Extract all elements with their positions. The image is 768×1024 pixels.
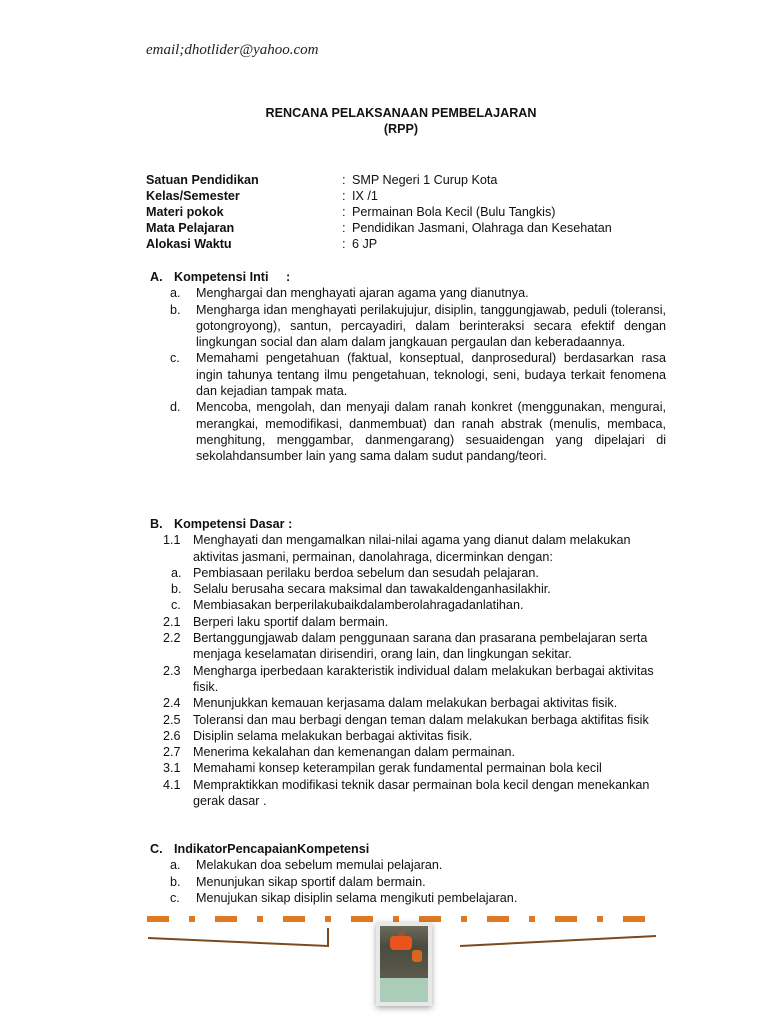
item-text: Mempraktikkan modifikasi teknik dasar pe… (193, 777, 678, 810)
meta-label: Mata Pelajaran (146, 220, 342, 236)
section-title: Kompetensi Inti : (174, 269, 290, 285)
item-marker: b. (170, 302, 196, 351)
list-item: 2.4 Menunjukkan kemauan kerjasama dalam … (163, 695, 678, 711)
item-text: Toleransi dan mau berbagi dengan teman d… (193, 712, 678, 728)
document-title: RENCANA PELAKSANAAN PEMBELAJARAN (0, 106, 768, 120)
item-marker: 2.4 (163, 695, 193, 711)
list-item: 2.2 Bertanggungjawab dalam penggunaan sa… (163, 630, 678, 663)
meta-row: Alokasi Waktu : 6 JP (146, 236, 612, 252)
item-text: Memahami pengetahuan (faktual, konseptua… (196, 350, 666, 399)
meta-row: Mata Pelajaran : Pendidikan Jasmani, Ola… (146, 220, 612, 236)
list-item: 2.3 Mengharga iperbedaan karakteristik i… (163, 663, 678, 696)
list-item: 2.5 Toleransi dan mau berbagi dengan tem… (163, 712, 678, 728)
section-title: IndikatorPencapaianKompetensi (174, 841, 369, 857)
item-text: Mencoba, mengolah, dan menyaji dalam ran… (196, 399, 666, 464)
list-item: b. Mengharga idan menghayati perilakujuj… (170, 302, 666, 351)
section-items: a. Melakukan doa sebelum memulai pelajar… (170, 857, 666, 906)
item-text: Mengharga iperbedaan karakteristik indiv… (193, 663, 678, 696)
list-item: 2.7 Menerima kekalahan dan kemenangan da… (163, 744, 678, 760)
meta-separator: : (342, 172, 352, 188)
section-kompetensi-dasar: B. Kompetensi Dasar : 1.1 Menghayati dan… (150, 516, 678, 809)
email-header: email;dhotlider@yahoo.com (146, 42, 319, 59)
section-title: Kompetensi Dasar : (174, 516, 292, 532)
item-marker: 2.5 (163, 712, 193, 728)
meta-separator: : (342, 204, 352, 220)
item-text: Menunjukkan kemauan kerjasama dalam mela… (193, 695, 678, 711)
meta-separator: : (342, 236, 352, 252)
item-marker: 2.7 (163, 744, 193, 760)
meta-value: 6 JP (352, 236, 377, 252)
item-marker: a. (163, 565, 193, 581)
item-marker: a. (170, 285, 196, 301)
photo-court (380, 978, 428, 1002)
section-heading: A. Kompetensi Inti : (150, 269, 666, 285)
meta-value: SMP Negeri 1 Curup Kota (352, 172, 497, 188)
item-text: Disiplin selama melakukan berbagai aktiv… (193, 728, 678, 744)
meta-label: Kelas/Semester (146, 188, 342, 204)
meta-label: Alokasi Waktu (146, 236, 342, 252)
section-items: a. Menghargai dan menghayati ajaran agam… (170, 285, 666, 464)
meta-row: Materi pokok : Permainan Bola Kecil (Bul… (146, 204, 612, 220)
item-marker: 1.1 (163, 532, 193, 565)
list-item: a. Melakukan doa sebelum memulai pelajar… (170, 857, 666, 873)
meta-row: Kelas/Semester : IX /1 (146, 188, 612, 204)
list-item: 1.1 Menghayati dan mengamalkan nilai-nil… (163, 532, 678, 565)
item-marker: 2.3 (163, 663, 193, 696)
item-marker: d. (170, 399, 196, 464)
meta-row: Satuan Pendidikan : SMP Negeri 1 Curup K… (146, 172, 612, 188)
list-item: c. Memahami pengetahuan (faktual, konsep… (170, 350, 666, 399)
list-item: d. Mencoba, mengolah, dan menyaji dalam … (170, 399, 666, 464)
item-marker: 2.1 (163, 614, 193, 630)
item-text: Selalu berusaha secara maksimal dan tawa… (193, 581, 678, 597)
list-item: a. Pembiasaan perilaku berdoa sebelum da… (163, 565, 678, 581)
section-heading: C. IndikatorPencapaianKompetensi (150, 841, 666, 857)
list-item: 3.1 Memahami konsep keterampilan gerak f… (163, 760, 678, 776)
list-item: 4.1 Mempraktikkan modifikasi teknik dasa… (163, 777, 678, 810)
item-marker: b. (163, 581, 193, 597)
section-heading: B. Kompetensi Dasar : (150, 516, 678, 532)
list-item: c. Membiasakan berperilakubaikdalamberol… (163, 597, 678, 613)
item-marker: 2.2 (163, 630, 193, 663)
item-text: Memahami konsep keterampilan gerak funda… (193, 760, 678, 776)
list-item: 2.6 Disiplin selama melakukan berbagai a… (163, 728, 678, 744)
section-letter: A. (150, 269, 174, 285)
list-item: b. Selalu berusaha secara maksimal dan t… (163, 581, 678, 597)
meta-value: Permainan Bola Kecil (Bulu Tangkis) (352, 204, 555, 220)
meta-table: Satuan Pendidikan : SMP Negeri 1 Curup K… (146, 172, 612, 252)
item-text: Berperi laku sportif dalam bermain. (193, 614, 678, 630)
list-item: b. Menunjukan sikap sportif dalam bermai… (170, 874, 666, 890)
list-item: a. Menghargai dan menghayati ajaran agam… (170, 285, 666, 301)
meta-label: Materi pokok (146, 204, 342, 220)
item-marker: 3.1 (163, 760, 193, 776)
item-text: Melakukan doa sebelum memulai pelajaran. (196, 857, 666, 873)
item-text: Menerima kekalahan dan kemenangan dalam … (193, 744, 678, 760)
badminton-player-photo (376, 922, 432, 1006)
item-text: Mengharga idan menghayati perilakujujur,… (196, 302, 666, 351)
item-marker: a. (170, 857, 196, 873)
meta-separator: : (342, 220, 352, 236)
item-text: Menghargai dan menghayati ajaran agama y… (196, 285, 666, 301)
background-player (412, 950, 422, 962)
list-item: 2.1 Berperi laku sportif dalam bermain. (163, 614, 678, 630)
section-kompetensi-inti: A. Kompetensi Inti : a. Menghargai dan m… (150, 269, 666, 465)
section-letter: C. (150, 841, 174, 857)
player-figure (390, 936, 412, 950)
photo-background (380, 926, 428, 978)
item-text: Menunjukan sikap sportif dalam bermain. (196, 874, 666, 890)
item-marker: 4.1 (163, 777, 193, 810)
item-text: Bertanggungjawab dalam penggunaan sarana… (193, 630, 678, 663)
item-marker: b. (170, 874, 196, 890)
section-items: 1.1 Menghayati dan mengamalkan nilai-nil… (163, 532, 678, 809)
item-text: Pembiasaan perilaku berdoa sebelum dan s… (193, 565, 678, 581)
section-letter: B. (150, 516, 174, 532)
meta-separator: : (342, 188, 352, 204)
meta-value: IX /1 (352, 188, 378, 204)
section-indikator: C. IndikatorPencapaianKompetensi a. Mela… (150, 841, 666, 906)
item-text: Menghayati dan mengamalkan nilai-nilai a… (193, 532, 678, 565)
item-text: Membiasakan berperilakubaikdalamberolahr… (193, 597, 678, 613)
meta-value: Pendidikan Jasmani, Olahraga dan Kesehat… (352, 220, 612, 236)
document-subtitle: (RPP) (0, 122, 768, 136)
item-marker: c. (163, 597, 193, 613)
item-marker: c. (170, 350, 196, 399)
item-marker: 2.6 (163, 728, 193, 744)
meta-label: Satuan Pendidikan (146, 172, 342, 188)
